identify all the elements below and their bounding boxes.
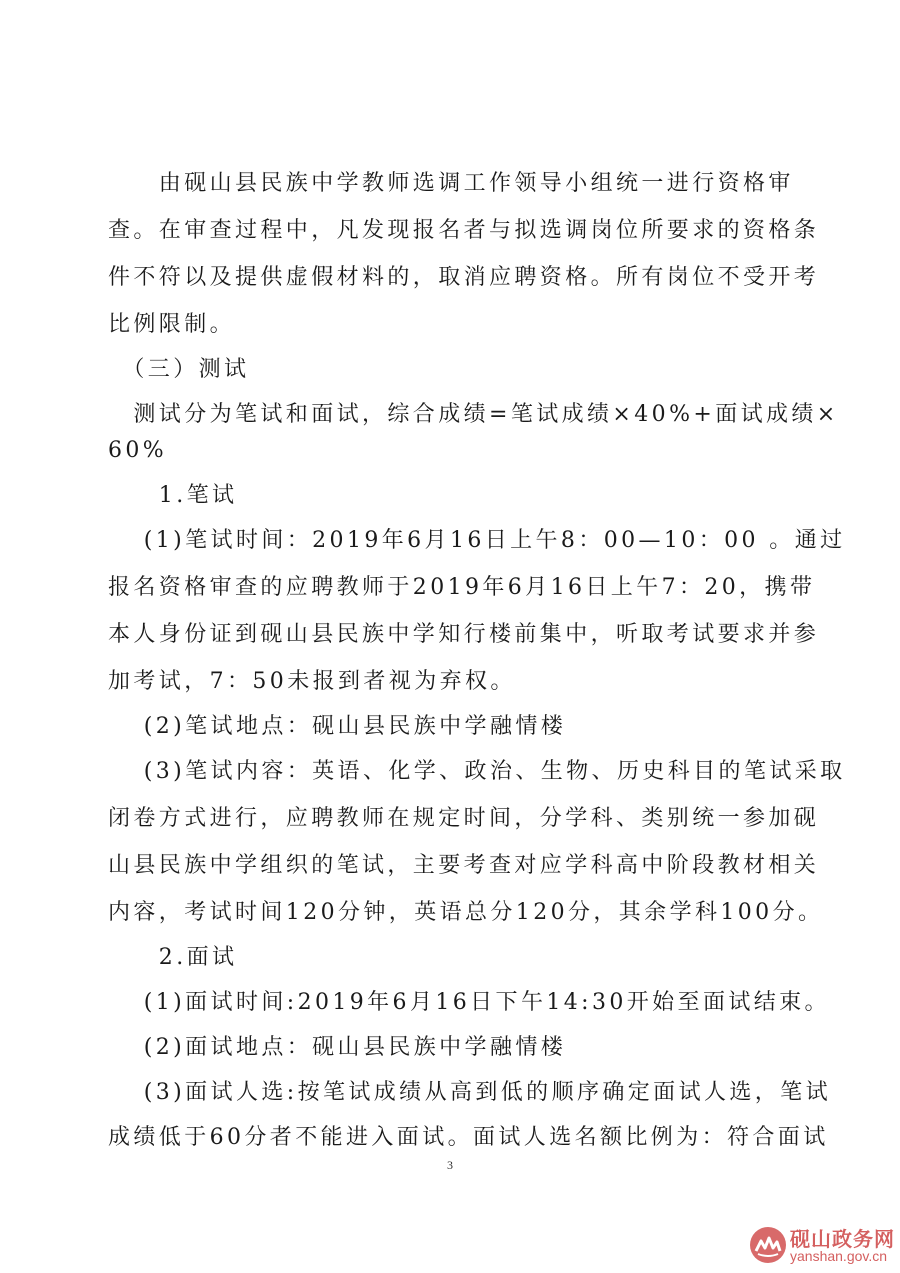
- site-logo-icon: [750, 1227, 786, 1263]
- text-line: (2)笔试地点：砚山县民族中学融情楼: [108, 713, 792, 741]
- page-number: 3: [0, 1158, 900, 1173]
- text-line: 查。在审查过程中，凡发现报名者与拟选调岗位所要求的资格条: [108, 217, 792, 245]
- text-line: 比例限制。: [108, 311, 792, 339]
- text-line: （三）测试: [108, 356, 792, 384]
- text-line: (2)面试地点：砚山县民族中学融情楼: [108, 1034, 792, 1062]
- text-line: 件不符以及提供虚假材料的，取消应聘资格。所有岗位不受开考: [108, 264, 792, 292]
- text-line: 测试分为笔试和面试，综合成绩=笔试成绩×40%+面试成绩×: [108, 401, 792, 429]
- text-line: 由砚山县民族中学教师选调工作领导小组统一进行资格审: [108, 170, 792, 198]
- text-line: 60%: [108, 437, 792, 465]
- text-line: 2.面试: [108, 944, 792, 972]
- text-line: 1.笔试: [108, 482, 792, 510]
- text-line: 内容，考试时间120分钟，英语总分120分，其余学科100分。: [108, 899, 792, 927]
- text-line: (3)面试人选:按笔试成绩从高到低的顺序确定面试人选，笔试: [108, 1079, 792, 1107]
- text-line: (1)笔试时间：2019年6月16日上午8：00—10：00 。通过: [108, 527, 792, 555]
- text-line: (3)笔试内容：英语、化学、政治、生物、历史科目的笔试采取: [108, 758, 792, 786]
- text-line: 本人身份证到砚山县民族中学知行楼前集中，听取考试要求并参: [108, 621, 792, 649]
- text-line: 山县民族中学组织的笔试，主要考查对应学科高中阶段教材相关: [108, 852, 792, 880]
- watermark-url: yanshan.gov.cn: [790, 1248, 887, 1264]
- document-page: 由砚山县民族中学教师选调工作领导小组统一进行资格审查。在审查过程中，凡发现报名者…: [0, 0, 900, 1273]
- text-line: 闭卷方式进行，应聘教师在规定时间，分学科、类别统一参加砚: [108, 805, 792, 833]
- text-line: 加考试，7：50未报到者视为弃权。: [108, 668, 792, 696]
- text-line: (1)面试时间:2019年6月16日下午14:30开始至面试结束。: [108, 989, 792, 1017]
- text-line: 报名资格审查的应聘教师于2019年6月16日上午7：20，携带: [108, 574, 792, 602]
- text-line: 成绩低于60分者不能进入面试。面试人选名额比例为：符合面试: [108, 1124, 792, 1152]
- site-watermark: 砚山政务网 yanshan.gov.cn: [748, 1223, 898, 1269]
